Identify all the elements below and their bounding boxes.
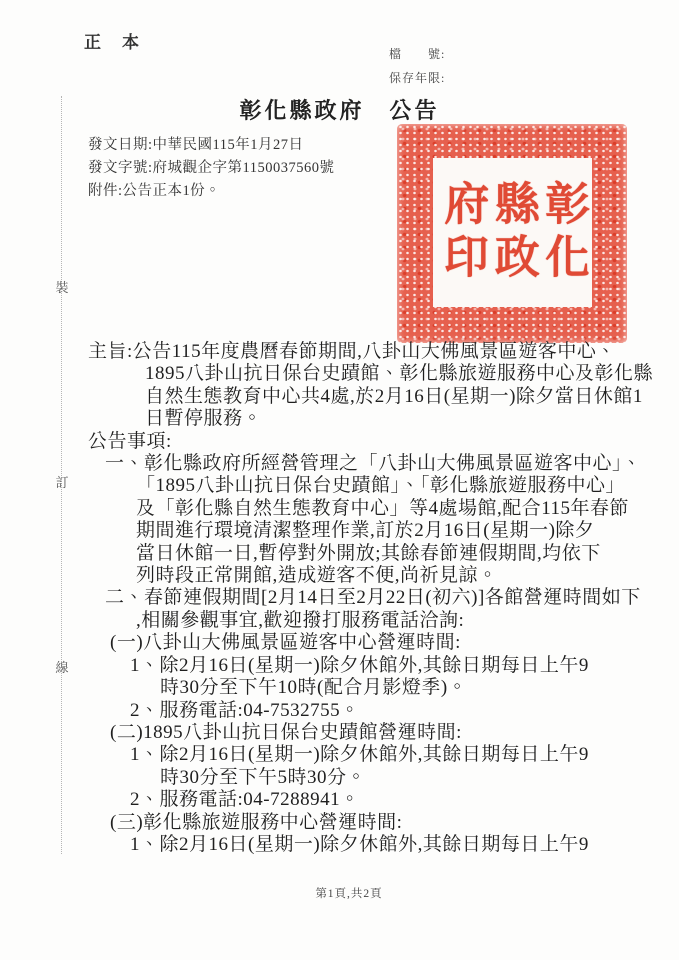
body-line: 2、服務電話:04-7288941。 (88, 789, 616, 811)
body-line: 日暫停服務。 (88, 408, 616, 430)
body-line: 「1895八卦山抗日保台史蹟館」、「彰化縣旅遊服務中心」 (88, 475, 616, 497)
page-number-footer: 第1頁,共2頁 (88, 885, 610, 901)
body-line: 一、彰化縣政府所經營管理之「八卦山大佛風景區遊客中心」、 (88, 453, 616, 475)
body-line: (二)1895八卦山抗日保台史蹟館營運時間: (88, 722, 616, 744)
body-line: (一)八卦山大佛風景區遊客中心營運時間: (88, 632, 616, 654)
binding-mark-ding: 訂 (49, 472, 75, 491)
body-line: ,相關參觀事宜,歡迎撥打服務電話洽詢: (88, 610, 616, 632)
binding-mark-xian: 線 (49, 657, 75, 676)
body-line: 1、除2月16日(星期一)除夕休館外,其餘日期每日上午9 (88, 744, 616, 766)
copy-type-label: 正 本 (84, 28, 141, 53)
body-line: 1、除2月16日(星期一)除夕休館外,其餘日期每日上午9 (88, 834, 616, 856)
announcement-body: 主旨:公告115年度農曆春節期間,八卦山大佛風景區遊客中心、 1895八卦山抗日… (88, 341, 616, 856)
body-line: 期間進行環境清潔整理作業,訂於2月16日(星期一)除夕 (88, 520, 616, 542)
issue-number: 發文字號:府城觀企字第1150037560號 (88, 157, 408, 180)
body-line: 自然生態教育中心共4處,於2月16日(星期一)除夕當日休館1 (88, 386, 616, 408)
body-line: 二、春節連假期間[2月14日至2月22日(初六)]各館營運時間如下 (88, 587, 616, 609)
body-line: 1、除2月16日(星期一)除夕休館外,其餘日期每日上午9 (88, 655, 616, 677)
body-line: 時30分至下午10時(配合月影燈季)。 (88, 677, 616, 699)
retention-period-label: 保存年限: (389, 69, 445, 86)
issue-date: 發文日期:中華民國115年1月27日 (88, 134, 408, 157)
document-title: 彰化縣政府 公告 (0, 94, 679, 125)
seal-inner-panel: 彰化 縣政 府印 (433, 158, 592, 307)
binding-mark-zhuang: 裝 (49, 277, 75, 296)
body-line: 時30分至下午5時30分。 (88, 767, 616, 789)
attachment-note: 附件:公告正本1份。 (88, 180, 408, 203)
announcement-page: 正 本 檔 號: 保存年限: 彰化縣政府 公告 發文日期:中華民國115年1月2… (0, 0, 679, 960)
body-line: 2、服務電話:04-7532755。 (88, 700, 616, 722)
official-seal-stamp: 彰化 縣政 府印 (397, 124, 627, 343)
body-line: 公告事項: (88, 431, 616, 453)
body-line: (三)彰化縣旅遊服務中心營運時間: (88, 812, 616, 834)
body-line: 主旨:公告115年度農曆春節期間,八卦山大佛風景區遊客中心、 (88, 341, 616, 363)
body-line: 列時段正常開館,造成遊客不便,尚祈見諒。 (88, 565, 616, 587)
file-number-label: 檔 號: (389, 45, 445, 62)
meta-block: 發文日期:中華民國115年1月27日 發文字號:府城觀企字第1150037560… (88, 134, 408, 203)
body-line: 及「彰化縣自然生態教育中心」等4處場館,配合115年春節 (88, 498, 616, 520)
seal-text: 彰化 縣政 府印 (437, 180, 588, 286)
body-line: 1895八卦山抗日保台史蹟館、彰化縣旅遊服務中心及彰化縣 (88, 363, 616, 385)
body-line: 當日休館一日,暫停對外開放;其餘春節連假期間,均依下 (88, 543, 616, 565)
